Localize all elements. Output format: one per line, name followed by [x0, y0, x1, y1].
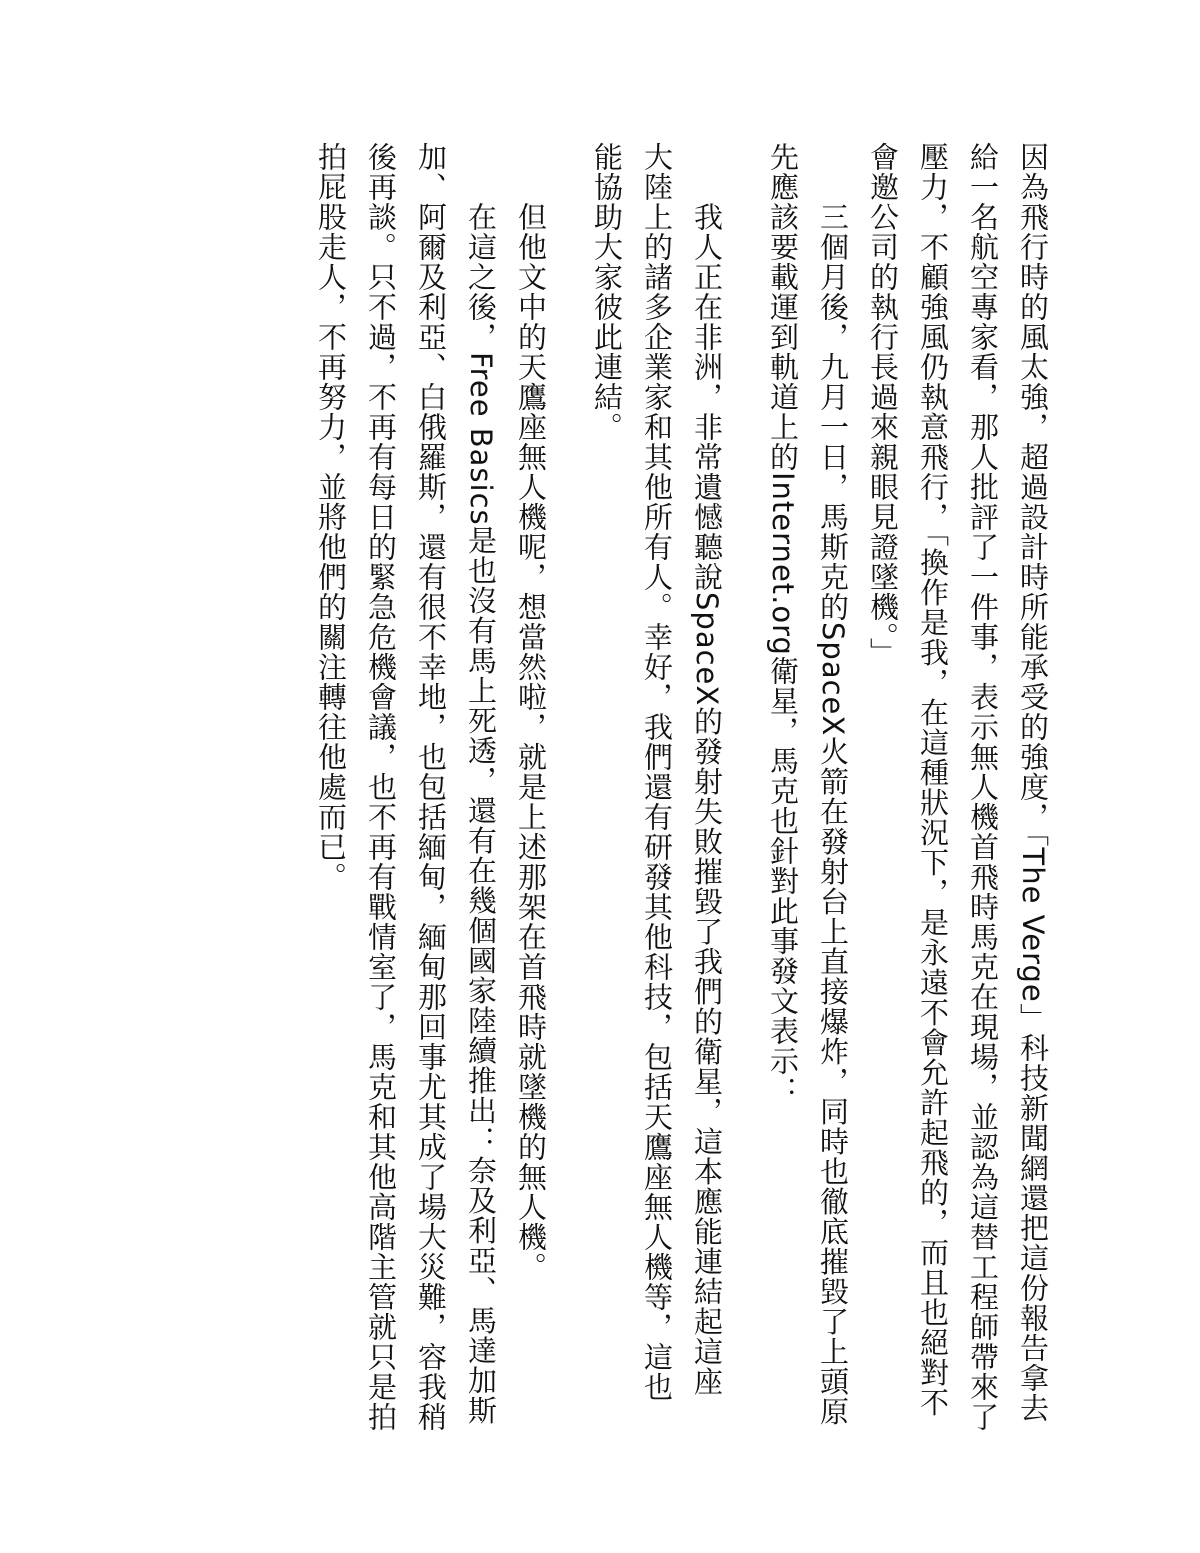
text-column-paragraph-start: 在這之後，Free Basics是也沒有馬上死透，還有在幾個國家陸續推出：奈及利… [456, 142, 506, 1492]
text-column: 給一名航空專家看，那人批評了一件事，表示無人機首飛時馬克在現場，並認為這替工程師… [958, 142, 1008, 1432]
text-column: 先應該要載運到軌道上的Internet.org衛星，馬克也針對此事發文表示： [758, 142, 808, 1432]
text-column: 拍屁股走人，不再努力，並將他們的關注轉往他處而已。 [306, 142, 356, 1432]
quote-column-paragraph-start: 我人正在非洲，非常遺憾聽說SpaceX的發射失敗摧毀了我們的衛星，這本應能連結起… [682, 142, 732, 1492]
quote-column: 能協助大家彼此連結。 [582, 142, 632, 1432]
text-column: 會邀公司的執行長過來親眼見證墜機。」 [858, 142, 908, 1432]
text-column: 後再談。只不過，不再有每日的緊急危機會議，也不再有戰情室了，馬克和其他高階主管就… [356, 142, 406, 1432]
vertical-text-body: 因為飛行時的風太強，超過設計時所能承受的強度，「The Verge」科技新聞網還… [306, 142, 1058, 1432]
quote-column: 大陸上的諸多企業家和其他所有人。幸好，我們還有研發其他科技，包括天鷹座無人機等，… [632, 142, 682, 1432]
paragraph-gap [556, 142, 582, 1432]
text-column: 壓力，不顧強風仍執意飛行，「換作是我，在這種狀況下，是永遠不會允許起飛的，而且也… [908, 142, 958, 1432]
text-column-paragraph-start: 但他文中的天鷹座無人機呢，想當然啦，就是上述那架在首飛時就墜機的無人機。 [506, 142, 556, 1492]
text-column: 加、阿爾及利亞、白俄羅斯，還有很不幸地，也包括緬甸，緬甸那回事尤其成了場大災難，… [406, 142, 456, 1432]
paragraph-gap [732, 142, 758, 1432]
document-page: 因為飛行時的風太強，超過設計時所能承受的強度，「The Verge」科技新聞網還… [0, 0, 1200, 1553]
text-column: 因為飛行時的風太強，超過設計時所能承受的強度，「The Verge」科技新聞網還… [1008, 142, 1058, 1432]
text-column-paragraph-start: 三個月後，九月一日，馬斯克的SpaceX火箭在發射台上直接爆炸，同時也徹底摧毀了… [808, 142, 858, 1492]
